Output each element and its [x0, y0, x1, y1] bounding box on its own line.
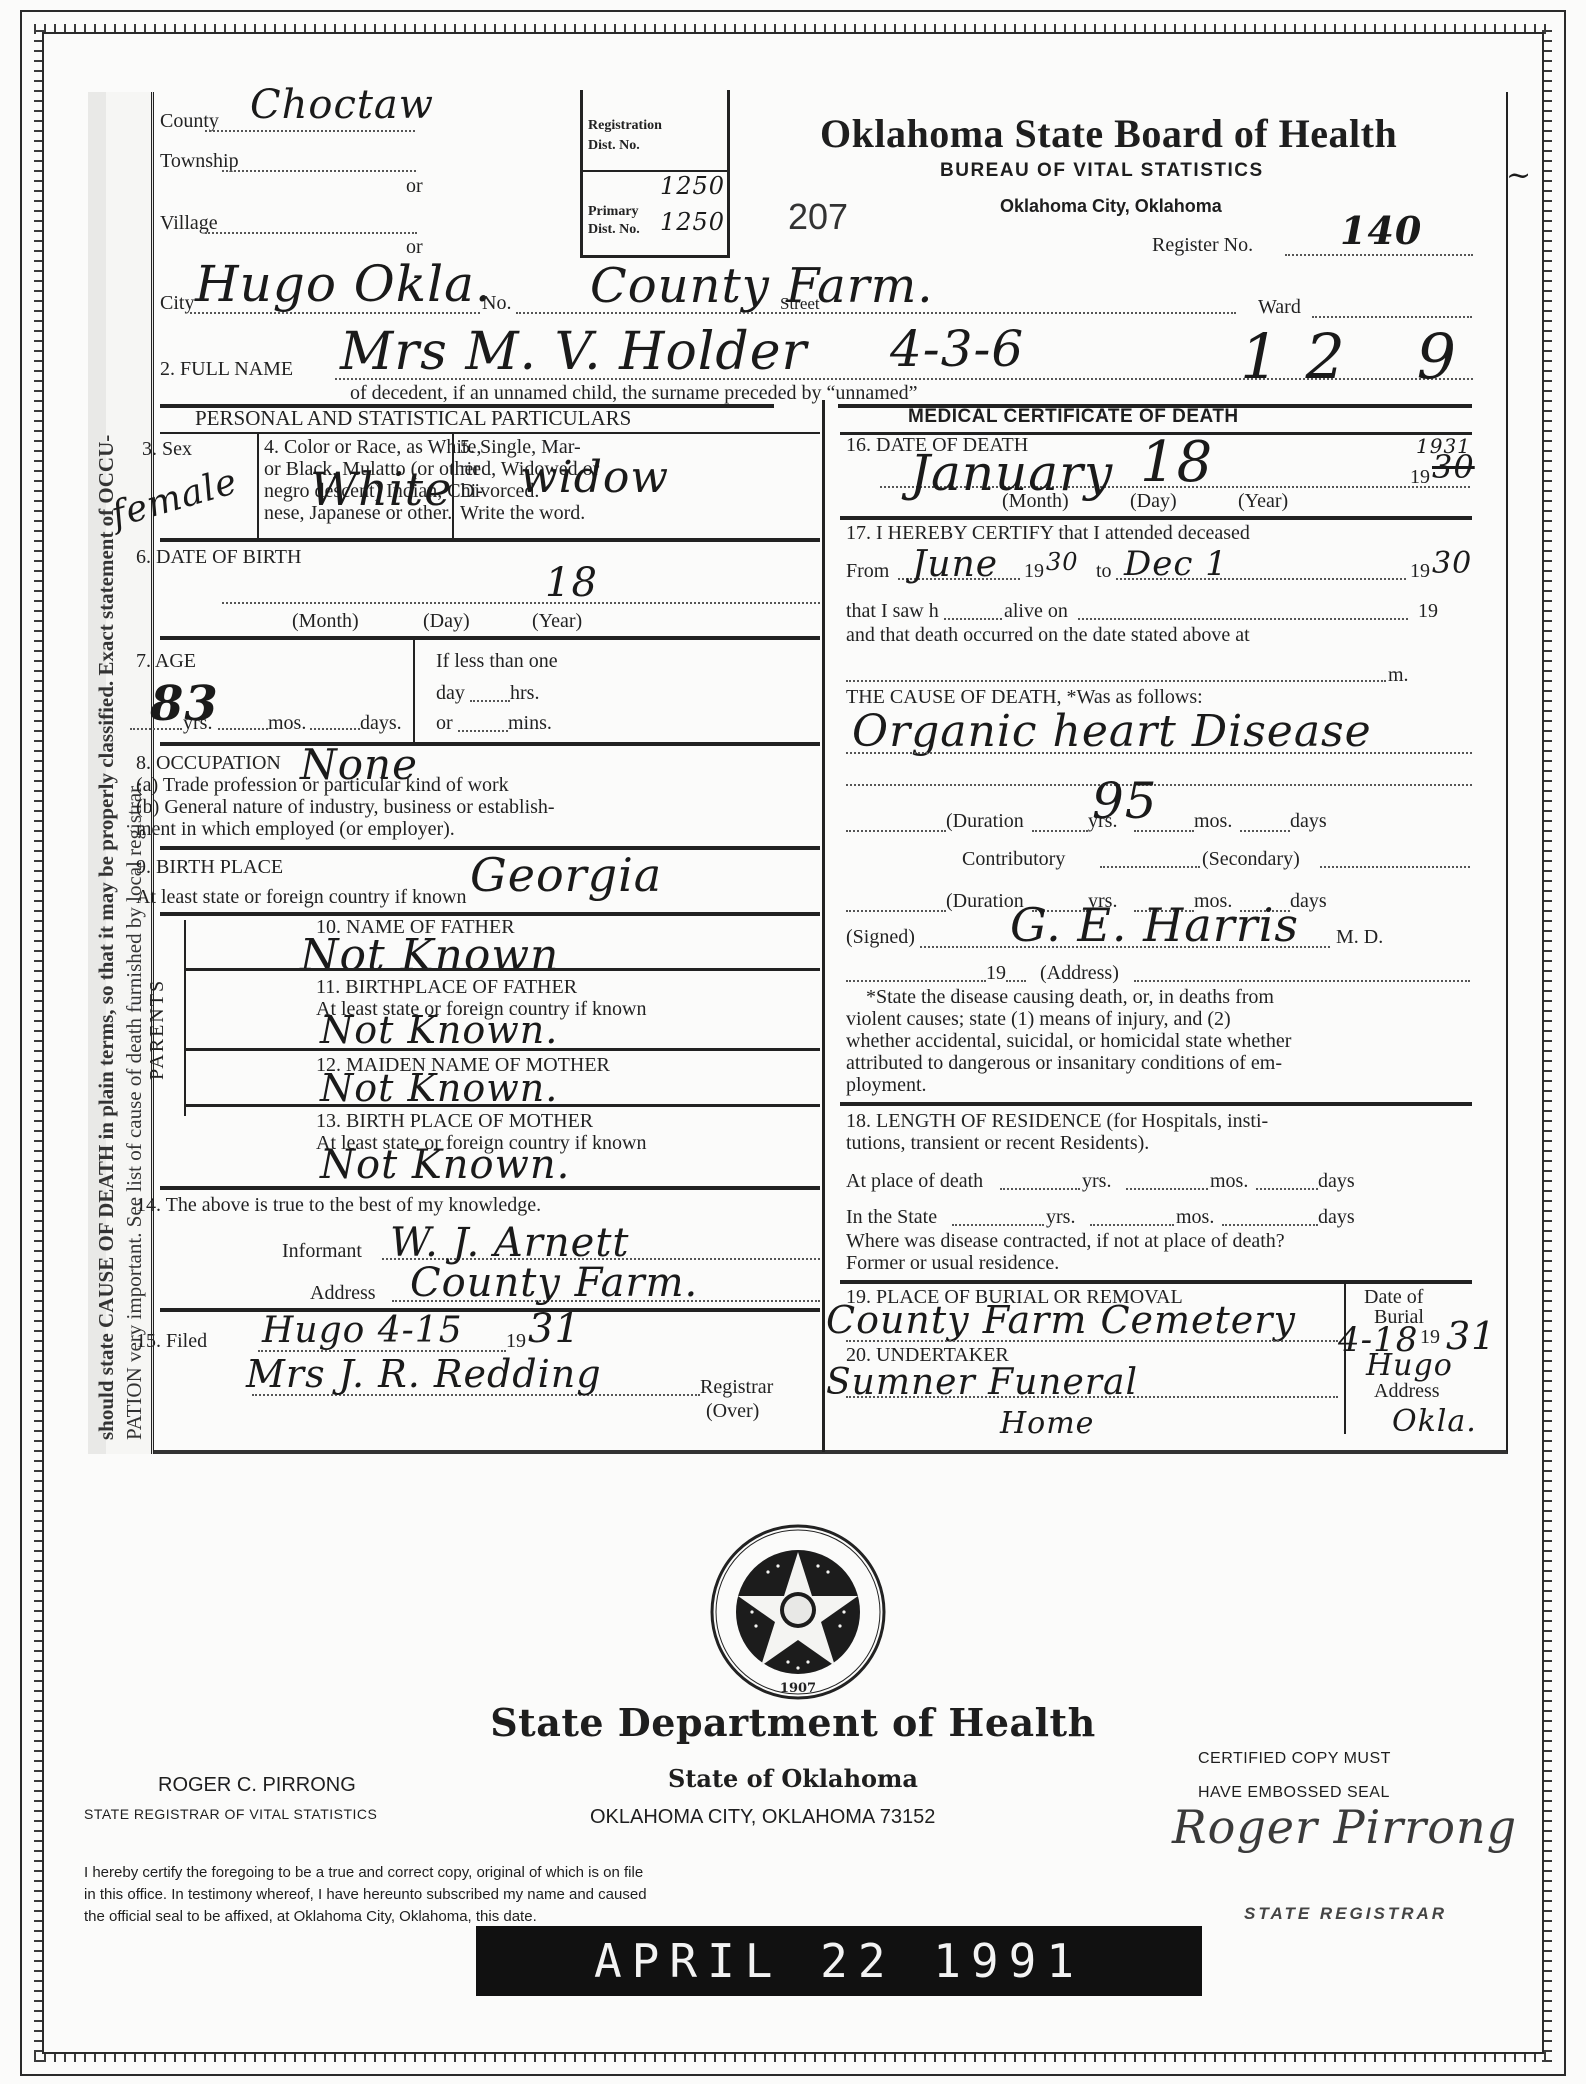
race-label-1: 4. Color or Race, as White,	[264, 436, 481, 459]
ins-yrs-line	[952, 1224, 1044, 1226]
occupation-label: 8. OCCUPATION	[136, 752, 281, 775]
footnote-line-4: attributed to dangerous or insanitary co…	[846, 1052, 1282, 1075]
sig-address-line	[1134, 980, 1470, 982]
department-title: State Department of Health	[0, 1700, 1586, 1745]
burial-year-prefix: 19	[1420, 1326, 1440, 1349]
race-column-divider	[452, 434, 454, 538]
less-hrs-label: hrs.	[510, 682, 539, 705]
undertaker-value-2: Home	[1000, 1406, 1094, 1441]
state-registrar-signature: Roger Pirrong	[1172, 1800, 1517, 1854]
father-name-rule	[186, 968, 820, 971]
ins-days-line	[1222, 1224, 1318, 1226]
saw-alive-label: that I saw h	[846, 600, 939, 623]
physician-signature: G. E. Harris	[1010, 898, 1299, 952]
parents-label: PARENTS	[146, 979, 169, 1080]
state-registrar-stamp-title: STATE REGISTRAR	[1244, 1904, 1447, 1924]
m-label: m.	[1388, 664, 1409, 687]
dob-rule	[160, 538, 820, 542]
secondary-label: (Secondary)	[1202, 848, 1300, 871]
filed-year-prefix: 19	[506, 1330, 526, 1353]
city-value: Hugo Okla.	[195, 255, 492, 313]
saw-year-prefix: 19	[1418, 600, 1438, 623]
primary-dist-label: Dist. No.	[588, 222, 640, 238]
dod-year-label: (Year)	[1238, 490, 1288, 513]
to-label: to	[1096, 560, 1112, 583]
filed-rule	[160, 1308, 820, 1312]
residence-label-1: 18. LENGTH OF RESIDENCE (for Hospitals, …	[846, 1110, 1268, 1133]
in-state-label: In the State	[846, 1206, 937, 1229]
duration-label: (Duration	[946, 810, 1024, 833]
contributory-line	[1100, 866, 1200, 868]
county-line	[205, 130, 415, 132]
sex-column-divider	[257, 434, 259, 538]
occurred-line	[846, 680, 1386, 682]
md-label: M. D.	[1336, 926, 1383, 949]
sig-address-label: (Address)	[1040, 962, 1119, 985]
full-name-annotation: 4-3-6	[890, 320, 1024, 378]
undertaker-address-label: Address	[1374, 1380, 1440, 1403]
ins-yrs-label: yrs.	[1046, 1206, 1075, 1229]
over-label: (Over)	[706, 1400, 759, 1423]
mother-birthplace-label: 13. BIRTH PLACE OF MOTHER	[316, 1110, 593, 1133]
full-name-note: of decedent, if an unnamed child, the su…	[350, 382, 918, 405]
less-mins-label: mins.	[508, 712, 552, 735]
dod-day-label: (Day)	[1130, 490, 1177, 513]
department-address: OKLAHOMA CITY, OKLAHOMA 73152	[590, 1806, 935, 1829]
duration-yrs-line	[1032, 830, 1088, 832]
signed-label: (Signed)	[846, 926, 915, 949]
filed-label: 15. Filed	[136, 1330, 207, 1353]
village-line	[205, 232, 417, 234]
primary-label: Primary	[588, 204, 639, 220]
alive-on-line	[1078, 618, 1408, 620]
burial-year-value: 31	[1446, 1314, 1496, 1358]
board-title: Oklahoma State Board of Health	[820, 110, 1397, 157]
footnote-line-1: *State the disease causing death, or, in…	[866, 986, 1274, 1009]
occurred-statement: and that death occurred on the date stat…	[846, 624, 1250, 647]
duration-days-line	[1240, 830, 1290, 832]
informant-label: Informant	[282, 1240, 362, 1263]
from-year-value: 30	[1046, 548, 1079, 576]
pod-yrs-label: yrs.	[1082, 1170, 1111, 1193]
certification-statement-line-1: I hereby certify the foregoing to be a t…	[84, 1862, 647, 1884]
county-value: Choctaw	[250, 82, 434, 128]
father-birthplace-label: 11. BIRTHPLACE OF FATHER	[316, 976, 577, 999]
certify-statement: 17. I HEREBY CERTIFY that I attended dec…	[846, 522, 1250, 545]
mother-birthplace-value: Not Known.	[320, 1142, 570, 1188]
dod-month-label: (Month)	[1002, 490, 1069, 513]
residence-rule	[840, 1102, 1472, 1106]
marital-value: widow	[520, 452, 669, 503]
to-year-prefix: 19	[1410, 560, 1430, 583]
sig-year-prefix: 19	[986, 962, 1006, 985]
emboss-note-1: CERTIFIED COPY MUST	[1198, 1750, 1391, 1768]
sig-date-line	[846, 980, 986, 982]
register-no-line	[1285, 254, 1473, 256]
primary-dist-value-top: 1250	[660, 172, 725, 200]
dob-day-label: (Day)	[423, 610, 470, 633]
from-label: From	[846, 560, 889, 583]
cause-line-2	[846, 784, 1472, 786]
less-day-label: day	[436, 682, 465, 705]
street-value: County Farm.	[590, 258, 934, 314]
burial-line	[846, 1340, 1338, 1342]
undertaker-address-value: Hugo	[1366, 1348, 1453, 1383]
duration-days-label: days	[1290, 810, 1327, 833]
pod-days-line	[1256, 1188, 1318, 1190]
to-value: Dec 1	[1124, 544, 1228, 584]
pod-mos-label: mos.	[1210, 1170, 1248, 1193]
stamped-number: 207	[788, 196, 848, 238]
less-mins-line	[458, 730, 508, 732]
dod-year-struck: 30	[1432, 448, 1475, 486]
duration-mos-label: mos.	[1194, 810, 1232, 833]
ward-line	[1312, 316, 1472, 318]
race-value: White	[310, 462, 452, 516]
township-line	[222, 170, 416, 172]
age-label: 7. AGE	[136, 650, 196, 673]
dob-year-label: (Year)	[532, 610, 582, 633]
filed-value: Hugo 4-15	[262, 1310, 463, 1351]
father-birthplace-value: Not Known.	[320, 1008, 558, 1052]
great-seal-of-oklahoma-icon: 1907	[708, 1522, 888, 1702]
medical-section-title: MEDICAL CERTIFICATE OF DEATH	[908, 406, 1239, 428]
sex-label: 3. Sex	[142, 438, 192, 461]
cause-line-1	[846, 752, 1472, 754]
age-mos-line	[218, 728, 268, 730]
occupation-b-label-2: ment in which employed (or employer).	[136, 818, 455, 841]
mother-name-rule	[186, 1104, 820, 1107]
age-yrs-line	[130, 728, 182, 730]
pod-mos-line	[1126, 1188, 1208, 1190]
personal-section-title: PERSONAL AND STATISTICAL PARTICULARS	[195, 406, 631, 431]
from-year-prefix: 19	[1024, 560, 1044, 583]
bureau-city: Oklahoma City, Oklahoma	[1000, 196, 1222, 217]
age-days-line	[310, 728, 360, 730]
ins-mos-label: mos.	[1176, 1206, 1214, 1229]
certification-statement-line-3: the official seal to be affixed, at Okla…	[84, 1906, 647, 1928]
full-name-annotation-2: 12 9	[1240, 320, 1482, 393]
ins-days-label: days	[1318, 1206, 1355, 1229]
certification-statement: I hereby certify the foregoing to be a t…	[84, 1862, 647, 1928]
cause-value: Organic heart Disease	[852, 706, 1372, 757]
contracted-label: Where was disease contracted, if not at …	[846, 1230, 1285, 1253]
contributory-label: Contributory	[962, 848, 1065, 871]
residence-label-2: tutions, transient or recent Residents).	[846, 1132, 1149, 1155]
marital-label-4: Write the word.	[460, 502, 585, 525]
age-yrs-label: yrs.	[183, 712, 212, 735]
register-no-value: 140	[1340, 208, 1422, 253]
or-text-1: or	[406, 175, 423, 198]
full-name-label: 2. FULL NAME	[160, 358, 293, 381]
duration-yrs-label: yrs.	[1088, 810, 1117, 833]
certification-date-stamp: APRIL 22 1991	[476, 1926, 1202, 1996]
duration-lead-line	[846, 830, 946, 832]
personal-title-rule	[160, 432, 820, 434]
full-name-value: Mrs M. V. Holder	[340, 322, 807, 382]
registrar-title: STATE REGISTRAR OF VITAL STATISTICS	[84, 1806, 377, 1822]
margin-mark: ~	[1506, 158, 1532, 193]
registrar-name: ROGER C. PIRRONG	[158, 1774, 356, 1797]
birthplace-label: 9. BIRTH PLACE	[136, 856, 283, 879]
no-label: No.	[482, 292, 511, 315]
sig-year-line	[1006, 980, 1026, 982]
footnote-line-3: whether accidental, suicidal, or homicid…	[846, 1030, 1291, 1053]
less-than-label: If less than one	[436, 650, 558, 673]
footnote-line-5: ployment.	[846, 1074, 927, 1097]
column-divider	[822, 400, 825, 1452]
age-rule	[160, 636, 820, 640]
duration2-lead-line	[846, 910, 946, 912]
side-instruction-line-1: should state CAUSE OF DEATH in plain ter…	[92, 100, 120, 1440]
age-column-divider	[413, 638, 415, 742]
ward-label: Ward	[1258, 296, 1301, 319]
undertaker-address-value-2: Okla.	[1392, 1404, 1477, 1439]
primary-dist-value: 1250	[660, 208, 725, 236]
address-value: County Farm.	[410, 1260, 698, 1306]
from-value: June	[912, 544, 998, 585]
age-mos-label: mos.	[268, 712, 306, 735]
father-name-value: Not Known	[300, 930, 559, 981]
informant-statement: 14. The above is true to the best of my …	[136, 1194, 541, 1217]
footnote-line-2: violent causes; state (1) means of injur…	[846, 1008, 1231, 1031]
certification-statement-line-2: in this office. In testimony whereof, I …	[84, 1884, 647, 1906]
registrar-label: Registrar	[700, 1376, 773, 1399]
address-label: Address	[310, 1282, 376, 1305]
undertaker-line	[846, 1396, 1338, 1398]
dob-line	[222, 602, 820, 604]
burial-rule	[840, 1280, 1472, 1284]
certify-rule	[840, 516, 1472, 520]
pod-yrs-line	[1000, 1188, 1080, 1190]
pod-days-label: days	[1318, 1170, 1355, 1193]
father-birthplace-rule	[186, 1048, 820, 1051]
dob-month-label: (Month)	[292, 610, 359, 633]
birthplace-sub-label: At least state or foreign country if kno…	[136, 886, 466, 909]
seal-year: 1907	[780, 1681, 816, 1696]
place-of-death-label: At place of death	[846, 1170, 983, 1193]
less-day-line	[470, 700, 510, 702]
occupation-a-label: (a) Trade profession or particular kind …	[136, 774, 509, 797]
dob-year-value: 18	[545, 560, 598, 606]
registration-label: Registration	[588, 118, 662, 134]
bureau-title: BUREAU OF VITAL STATISTICS	[940, 160, 1264, 182]
occupation-rule	[160, 742, 820, 746]
dod-year-prefix: 19	[1410, 466, 1430, 489]
parents-divider	[184, 920, 186, 1116]
register-no-label: Register No.	[1152, 234, 1253, 257]
filed-year-value: 31	[528, 1306, 581, 1352]
alive-on-label: alive on	[1004, 600, 1068, 623]
dod-day-value: 18	[1140, 430, 1213, 495]
secondary-line	[1320, 866, 1470, 868]
to-year-value: 30	[1432, 546, 1472, 581]
registration-dist-label: Dist. No.	[588, 138, 640, 154]
former-residence-label: Former or usual residence.	[846, 1252, 1059, 1275]
ins-mos-line	[1090, 1224, 1174, 1226]
less-or-label: or	[436, 712, 453, 735]
informant-rule	[160, 1186, 820, 1190]
age-days-label: days.	[360, 712, 402, 735]
duration-mos-line	[1134, 830, 1194, 832]
occupation-b-label-1: (b) General nature of industry, business…	[136, 796, 555, 819]
registrar-signature: Mrs J. R. Redding	[246, 1352, 602, 1396]
birthplace-value: Georgia	[470, 848, 662, 902]
burial-value: County Farm Cemetery	[826, 1298, 1296, 1342]
dob-label: 6. DATE OF BIRTH	[136, 546, 301, 569]
saw-h-line	[944, 618, 1002, 620]
